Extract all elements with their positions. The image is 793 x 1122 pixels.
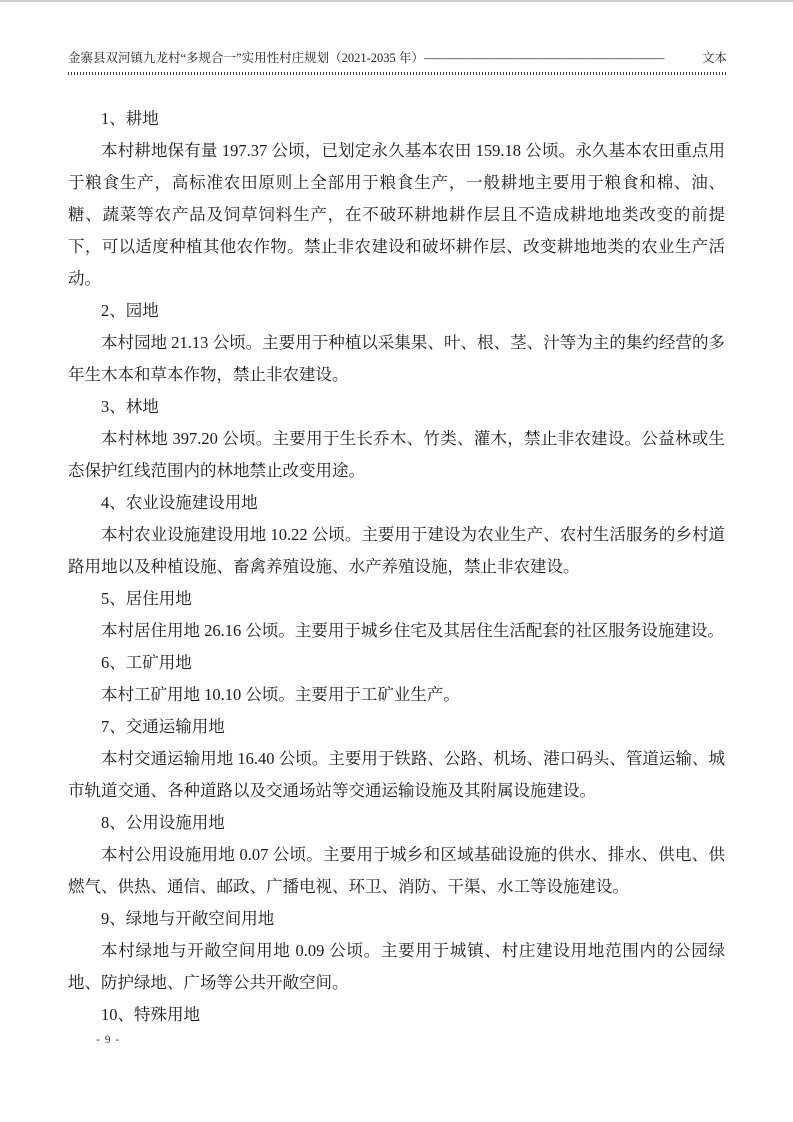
page-footer: - 9 - xyxy=(96,1032,120,1048)
document-body: 1、耕地 本村耕地保有量 197.37 公顷，已划定永久基本农田 159.18 … xyxy=(68,103,725,1031)
section-forest-land: 3、林地 本村林地 397.20 公顷。主要用于生长乔木、竹类、灌木，禁止非农建… xyxy=(68,391,725,487)
section-residential-land: 5、居住用地 本村居住用地 26.16 公顷。主要用于城乡住宅及其居住生活配套的… xyxy=(68,583,725,647)
section-garden-land: 2、园地 本村园地 21.13 公顷。主要用于种植以采集果、叶、根、茎、汁等为主… xyxy=(68,295,725,391)
section-paragraph: 本村居住用地 26.16 公顷。主要用于城乡住宅及其居住生活配套的社区服务设施建… xyxy=(68,615,725,647)
section-heading: 3、林地 xyxy=(68,391,725,423)
section-heading: 9、绿地与开敞空间用地 xyxy=(68,903,725,935)
section-paragraph: 本村交通运输用地 16.40 公顷。主要用于铁路、公路、机场、港口码头、管道运输… xyxy=(68,743,725,807)
section-heading: 4、农业设施建设用地 xyxy=(68,487,725,519)
section-heading: 5、居住用地 xyxy=(68,583,725,615)
section-green-open-space-land: 9、绿地与开敞空间用地 本村绿地与开敞空间用地 0.09 公顷。主要用于城镇、村… xyxy=(68,903,725,999)
section-paragraph: 本村农业设施建设用地 10.22 公顷。主要用于建设为农业生产、农村生活服务的乡… xyxy=(68,519,725,583)
section-heading: 1、耕地 xyxy=(68,103,725,135)
section-heading: 7、交通运输用地 xyxy=(68,711,725,743)
header-underline-rule xyxy=(68,72,727,75)
document-page: 金寨县双河镇九龙村“多规合一”实用性村庄规划（2021-2035 年） ————… xyxy=(0,0,793,1122)
section-paragraph: 本村绿地与开敞空间用地 0.09 公顷。主要用于城镇、村庄建设用地范围内的公园绿… xyxy=(68,935,725,999)
header-line: 金寨县双河镇九龙村“多规合一”实用性村庄规划（2021-2035 年） ————… xyxy=(68,50,727,67)
header-doc-type: 文本 xyxy=(702,50,727,67)
section-mining-land: 6、工矿用地 本村工矿用地 10.10 公顷。主要用于工矿业生产。 xyxy=(68,647,725,711)
section-paragraph: 本村工矿用地 10.10 公顷。主要用于工矿业生产。 xyxy=(68,679,725,711)
section-special-land: 10、特殊用地 xyxy=(68,999,725,1031)
section-public-utility-land: 8、公用设施用地 本村公用设施用地 0.07 公顷。主要用于城乡和区域基础设施的… xyxy=(68,807,725,903)
page-header: 金寨县双河镇九龙村“多规合一”实用性村庄规划（2021-2035 年） ————… xyxy=(68,50,727,75)
section-paragraph: 本村公用设施用地 0.07 公顷。主要用于城乡和区域基础设施的供水、排水、供电、… xyxy=(68,839,725,903)
section-cultivated-land: 1、耕地 本村耕地保有量 197.37 公顷，已划定永久基本农田 159.18 … xyxy=(68,103,725,295)
document-title: 金寨县双河镇九龙村“多规合一”实用性村庄规划（2021-2035 年） xyxy=(68,50,424,67)
section-paragraph: 本村耕地保有量 197.37 公顷，已划定永久基本农田 159.18 公顷。永久… xyxy=(68,135,725,295)
section-paragraph: 本村林地 397.20 公顷。主要用于生长乔木、竹类、灌木，禁止非农建设。公益林… xyxy=(68,423,725,487)
section-heading: 6、工矿用地 xyxy=(68,647,725,679)
section-agri-facility-land: 4、农业设施建设用地 本村农业设施建设用地 10.22 公顷。主要用于建设为农业… xyxy=(68,487,725,583)
section-paragraph: 本村园地 21.13 公顷。主要用于种植以采集果、叶、根、茎、汁等为主的集约经营… xyxy=(68,327,725,391)
page-number: - 9 - xyxy=(96,1034,120,1046)
section-heading: 8、公用设施用地 xyxy=(68,807,725,839)
scan-edge-artifact xyxy=(0,0,793,2)
section-heading: 2、园地 xyxy=(68,295,725,327)
section-transport-land: 7、交通运输用地 本村交通运输用地 16.40 公顷。主要用于铁路、公路、机场、… xyxy=(68,711,725,807)
header-dash-leader: ———————————————————— xyxy=(424,50,702,67)
section-heading: 10、特殊用地 xyxy=(68,999,725,1031)
